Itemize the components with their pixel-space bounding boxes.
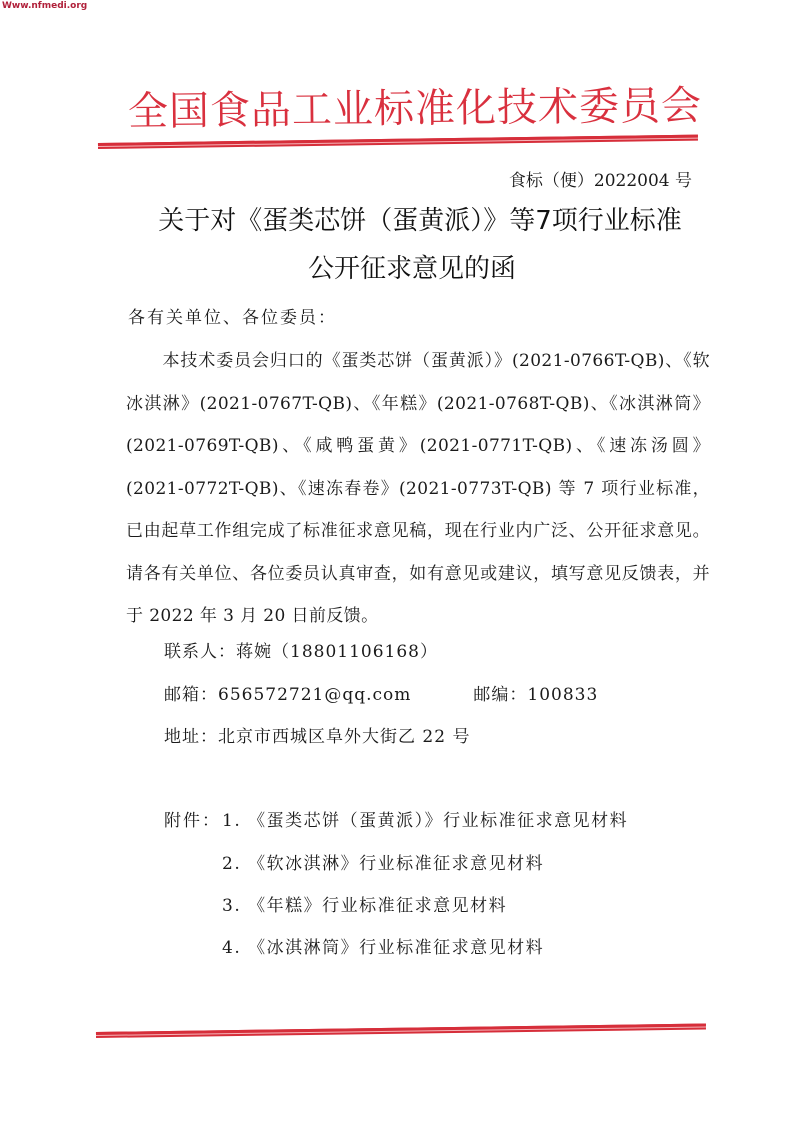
attachment-item: 1. 《蛋类芯饼（蛋黄派）》行业标准征求意见材料 (222, 806, 628, 831)
document-number: 食标（便）2022004 号 (509, 166, 692, 191)
body-text: 本技术委员会归口的《蛋类芯饼（蛋黄派）》(2021-0766T-QB)、《软冰淇… (126, 351, 710, 626)
header-red-rule (98, 135, 698, 149)
attachments-label: 附件： (164, 806, 221, 831)
attachment-item: 3. 《年糕》行业标准征求意见材料 (222, 891, 507, 916)
organization-header: 全国食品工业标准化技术委员会 (128, 75, 649, 137)
footer-red-rule (96, 1023, 706, 1038)
contact-email: 邮箱：656572721@qq.com (164, 685, 411, 705)
attachment-item: 4. 《冰淇淋筒》行业标准征求意见材料 (222, 933, 544, 958)
contact-address: 地址：北京市西城区阜外大街乙 22 号 (164, 722, 470, 747)
salutation: 各有关单位、各位委员： (128, 303, 337, 328)
attachment-item: 2. 《软冰淇淋》行业标准征求意见材料 (222, 849, 544, 874)
watermark: Www.nfmedi.org (2, 1, 87, 11)
contact-postcode: 邮编：100833 (473, 685, 598, 705)
body-paragraph: 本技术委员会归口的《蛋类芯饼（蛋黄派）》(2021-0766T-QB)、《软冰淇… (126, 340, 710, 638)
contact-person: 联系人：蒋婉（18801106168） (164, 637, 438, 662)
document-title-line-2: 公开征求意见的函 (12, 248, 800, 285)
contact-email-row: 邮箱：656572721@qq.com邮编：100833 (164, 680, 598, 705)
document-title-line-1: 关于对《蛋类芯饼（蛋黄派）》等7项行业标准 (20, 200, 800, 237)
